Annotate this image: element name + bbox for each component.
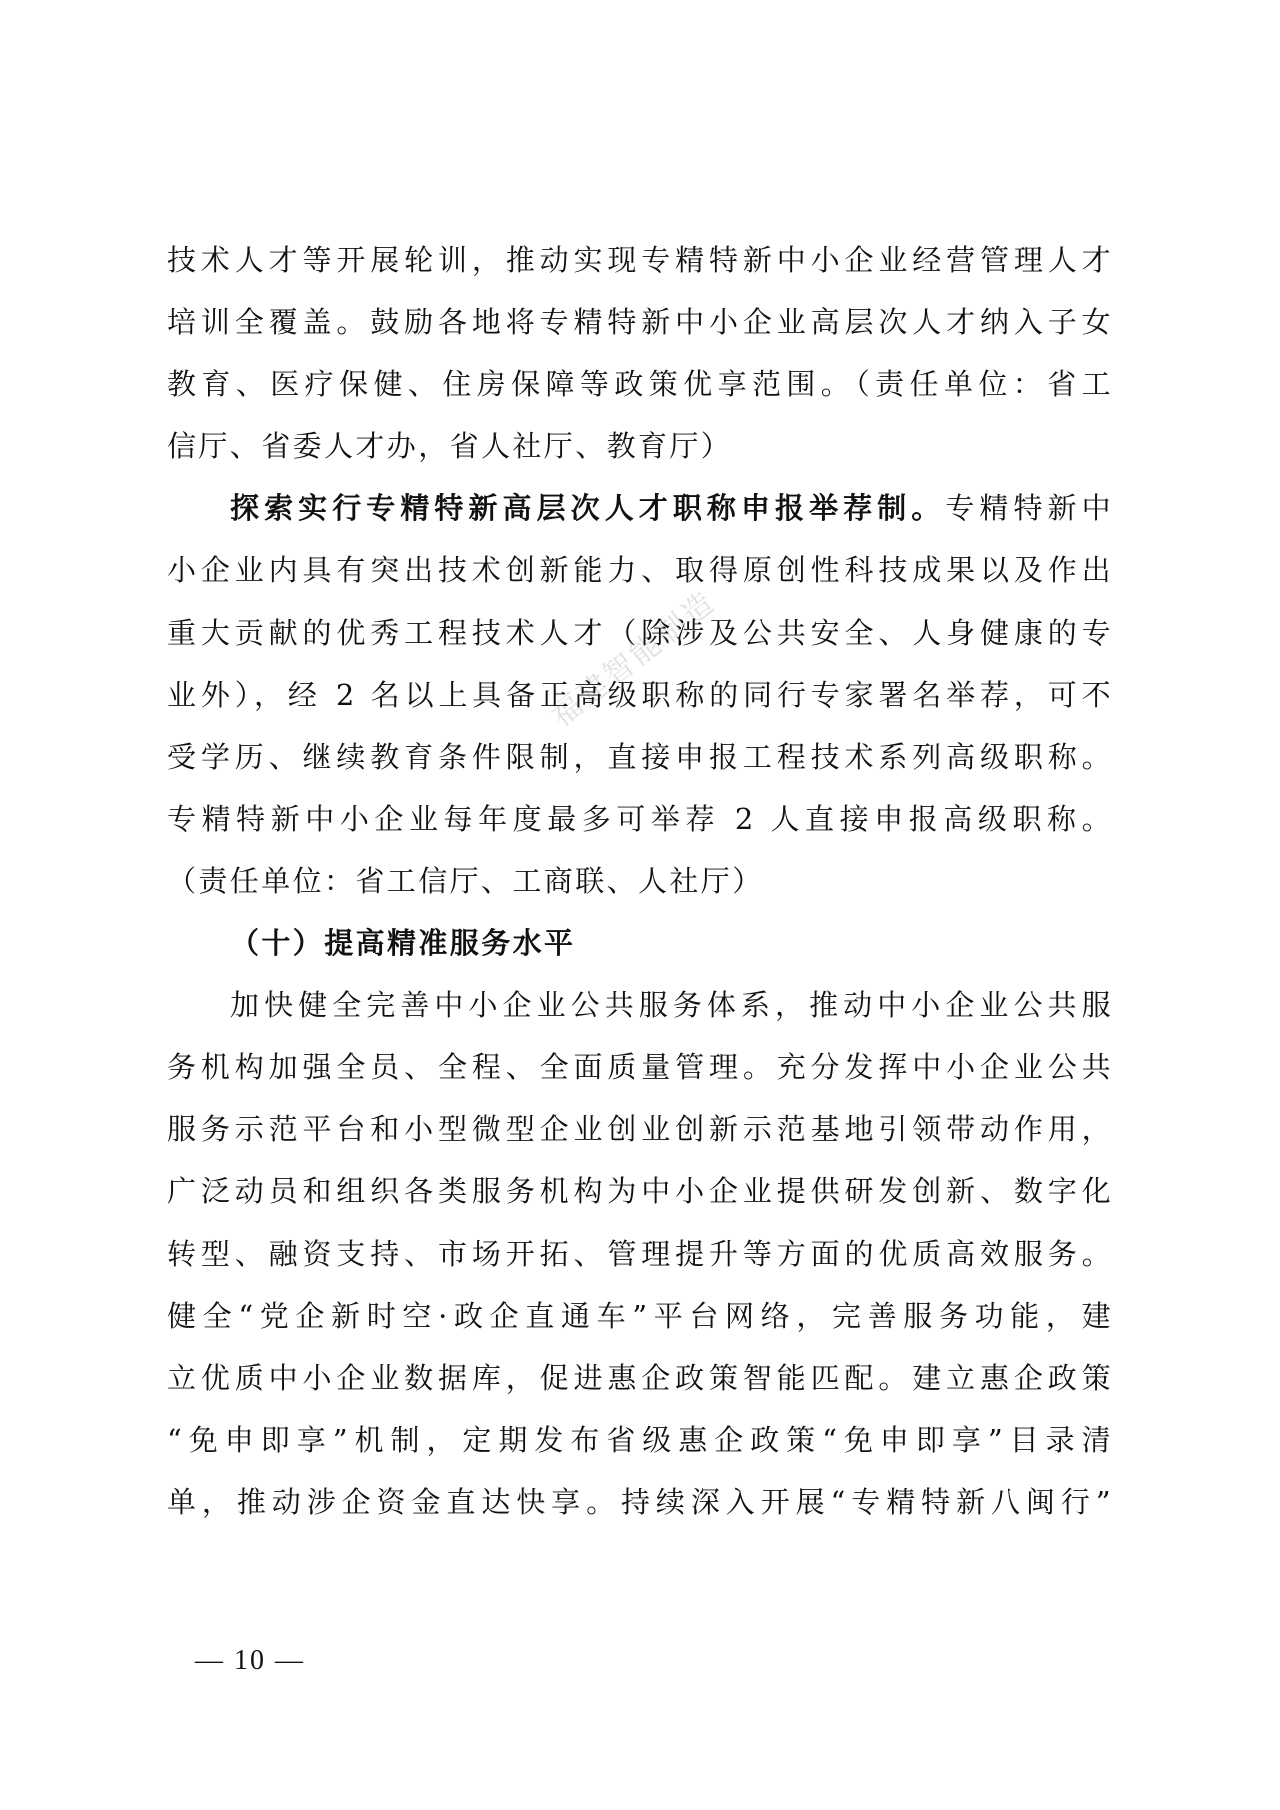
text-line: 健全“党企新时空·政企直通车”平台网络，完善服务功能，建 [167, 1285, 1113, 1347]
text-line: （责任单位：省工信厅、工商联、人社厅） [167, 850, 1113, 912]
text-line: 专精特新中小企业每年度最多可举荐 2 人直接申报高级职称。 [167, 788, 1113, 850]
text-line: 小企业内具有突出技术创新能力、取得原创性科技成果以及作出 [167, 539, 1113, 601]
text-line: 受学历、继续教育条件限制，直接申报工程技术系列高级职称。 [167, 726, 1113, 788]
text-line: 服务示范平台和小型微型企业创业创新示范基地引领带动作用， [167, 1098, 1113, 1160]
paragraph-lead-rest: 专精特新中 [945, 491, 1113, 525]
text-line: 探索实行专精特新高层次人才职称申报举荐制。专精特新中 [167, 477, 1113, 539]
text-line: 广泛动员和组织各类服务机构为中小企业提供研发创新、数字化 [167, 1160, 1113, 1222]
text-line: 培训全覆盖。鼓励各地将专精特新中小企业高层次人才纳入子女 [167, 291, 1113, 353]
text-line: 重大贡献的优秀工程技术人才（除涉及公共安全、人身健康的专 [167, 602, 1113, 664]
page-number: — 10 — [195, 1645, 305, 1677]
text-line: “免申即享”机制，定期发布省级惠企政策“免申即享”目录清 [167, 1409, 1113, 1471]
text-line: 信厅、省委人才办，省人社厅、教育厅） [167, 415, 1113, 477]
paragraph-title-recommendation: 探索实行专精特新高层次人才职称申报举荐制。专精特新中 小企业内具有突出技术创新能… [167, 477, 1113, 912]
text-line: 转型、融资支持、市场开拓、管理提升等方面的优质高效服务。 [167, 1223, 1113, 1285]
text-line: 立优质中小企业数据库，促进惠企政策智能匹配。建立惠企政策 [167, 1347, 1113, 1409]
section-heading-text: （十）提高精准服务水平 [167, 912, 1113, 974]
paragraph-talent-training: 技术人才等开展轮训，推动实现专精特新中小企业经营管理人才 培训全覆盖。鼓励各地将… [167, 229, 1113, 477]
text-line: 单，推动涉企资金直达快享。持续深入开展“专精特新八闽行” [167, 1471, 1113, 1533]
text-line: 业外），经 2 名以上具备正高级职称的同行专家署名举荐，可不 [167, 664, 1113, 726]
text-line: 务机构加强全员、全程、全面质量管理。充分发挥中小企业公共 [167, 1036, 1113, 1098]
document-body: 技术人才等开展轮训，推动实现专精特新中小企业经营管理人才 培训全覆盖。鼓励各地将… [167, 229, 1113, 1533]
section-heading: （十）提高精准服务水平 [167, 912, 1113, 974]
text-line: 教育、医疗保健、住房保障等政策优享范围。（责任单位：省工 [167, 353, 1113, 415]
text-line: 技术人才等开展轮训，推动实现专精特新中小企业经营管理人才 [167, 229, 1113, 291]
paragraph-lead-bold: 探索实行专精特新高层次人才职称申报举荐制。 [230, 491, 945, 525]
text-line: 加快健全完善中小企业公共服务体系，推动中小企业公共服 [167, 974, 1113, 1036]
paragraph-public-service: 加快健全完善中小企业公共服务体系，推动中小企业公共服 务机构加强全员、全程、全面… [167, 974, 1113, 1533]
document-page: 福建智能制造 技术人才等开展轮训，推动实现专精特新中小企业经营管理人才 培训全覆… [0, 0, 1280, 1810]
